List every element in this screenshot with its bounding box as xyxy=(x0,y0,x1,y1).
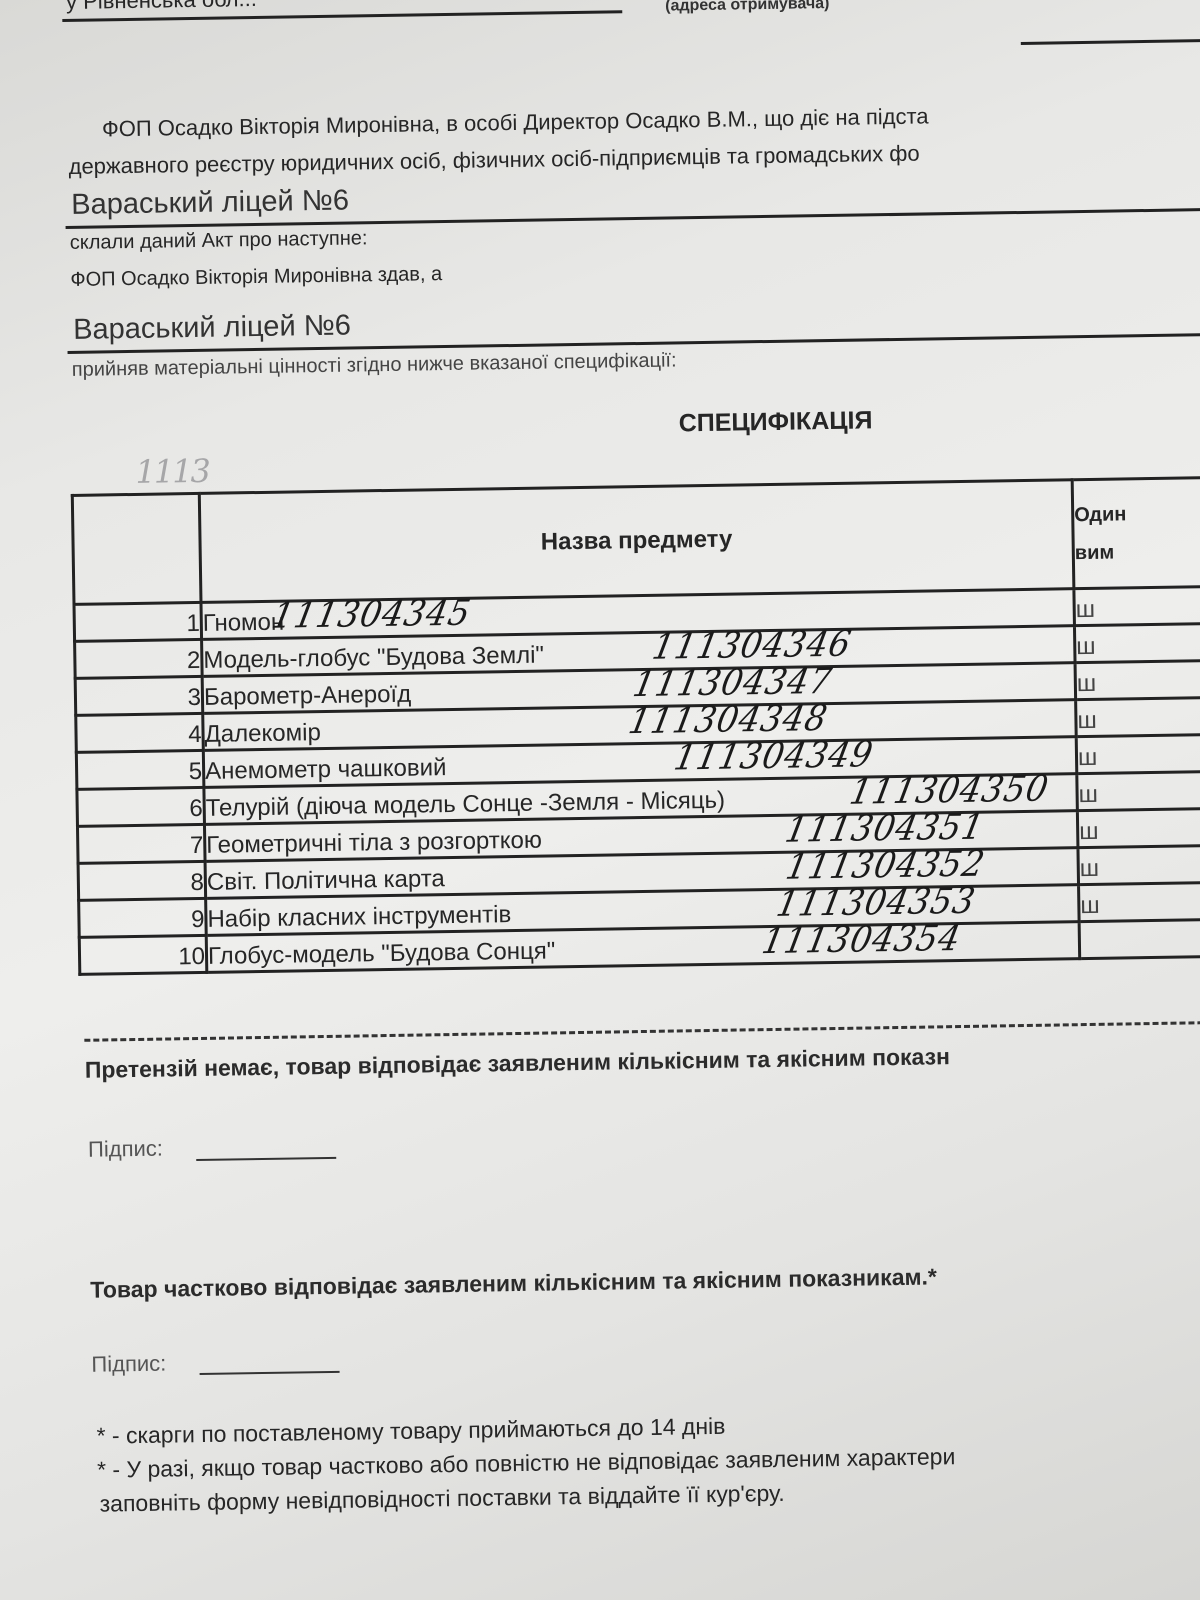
handwritten-note: 1113 xyxy=(135,452,209,491)
signature-label-1: Підпис: xyxy=(88,1136,163,1163)
row-number: 2 xyxy=(75,639,203,678)
header-item-name: Назва предмету xyxy=(199,480,1074,603)
row-number: 10 xyxy=(79,935,207,974)
intro-line-2: державного реєстру юридичних осіб, фізич… xyxy=(68,141,919,180)
row-number: 4 xyxy=(76,713,204,752)
unit-cell: ш xyxy=(1074,623,1200,663)
unit-cell: ш xyxy=(1077,771,1200,811)
footnote-3: заповніть форму невідповідності поставки… xyxy=(99,1480,784,1518)
unit-cell: ш xyxy=(1074,586,1200,626)
row-number: 3 xyxy=(75,676,203,715)
row-number: 9 xyxy=(79,898,207,937)
address-caption: (адреса отримувача) xyxy=(665,0,830,16)
signature-line-2 xyxy=(200,1371,340,1375)
unit-cell: ш xyxy=(1076,697,1200,737)
statement-2: ФОП Осадко Вікторія Миронівна здав, а xyxy=(70,263,442,292)
specification-rows: 1Гномон111304345ш2Модель-глобус "Будова … xyxy=(74,586,1200,975)
row-number: 8 xyxy=(78,861,206,900)
header-unit-line-1: Один xyxy=(1074,493,1200,534)
item-name: Набір класних інструментів xyxy=(207,901,511,933)
header-unit-line-2: вим xyxy=(1075,531,1200,572)
item-name: Далекомір xyxy=(204,719,321,748)
row-number: 1 xyxy=(74,602,202,641)
unit-cell xyxy=(1079,919,1200,959)
row-number: 6 xyxy=(77,787,205,826)
recipient-name-1: Вараський ліцей №6 xyxy=(71,185,349,222)
signature-line-1 xyxy=(196,1157,336,1161)
no-claims-statement: Претензій немає, товар відповідає заявле… xyxy=(85,1043,951,1084)
item-name: Модель-глобус "Будова Землі" xyxy=(203,642,544,674)
handwritten-inventory-number: 111304349 xyxy=(671,733,877,778)
unit-cell: ш xyxy=(1078,845,1200,885)
header-number xyxy=(72,493,201,604)
handwritten-inventory-number: 111304354 xyxy=(759,916,965,961)
specification-title: СПЕЦИФІКАЦІЯ xyxy=(679,406,873,438)
item-name: Глобус-модель "Будова Сонця" xyxy=(208,937,556,969)
dashed-separator xyxy=(84,1020,1200,1042)
signature-label-2: Підпис: xyxy=(91,1351,166,1378)
item-name: Світ. Політична карта xyxy=(207,865,445,896)
statement-3: прийняв матеріальні цінності згідно нижч… xyxy=(72,349,677,381)
specification-table: Назва предмету Один вим 1Гномон111304345… xyxy=(71,475,1200,976)
row-number: 5 xyxy=(76,750,204,789)
header-unit: Один вим xyxy=(1072,477,1200,589)
item-name: Геометричні тіла з розгорткою xyxy=(206,827,542,859)
unit-cell: ш xyxy=(1075,660,1200,700)
item-name: Анемометр чашковий xyxy=(205,754,447,785)
unit-cell: ш xyxy=(1079,882,1200,922)
unit-cell: ш xyxy=(1077,808,1200,848)
statement-1: склали даний Акт про наступне: xyxy=(70,227,368,255)
intro-line-1: ФОП Осадко Вікторія Миронівна, в особі Д… xyxy=(102,103,929,142)
table-header-row: Назва предмету Один вим xyxy=(72,477,1200,605)
item-name: Барометр-Анероїд xyxy=(204,681,412,711)
unit-cell: ш xyxy=(1076,734,1200,774)
recipient-address-fragment: у Рівненська обл... xyxy=(66,0,257,15)
handwritten-inventory-number: 111304345 xyxy=(269,591,475,636)
act-document: у Рівненська обл... (адреса отримувача) … xyxy=(0,0,1200,1600)
footnote-1: * - скарги по поставленому товару прийма… xyxy=(96,1413,725,1450)
partial-compliance-statement: Товар частково відповідає заявленим кіль… xyxy=(90,1263,937,1303)
date-underline xyxy=(1021,39,1200,45)
footnote-2: * - У разі, якщо товар частково або повн… xyxy=(97,1443,956,1483)
row-number: 7 xyxy=(77,824,205,863)
recipient-name-2: Вараський ліцей №6 xyxy=(73,310,351,347)
